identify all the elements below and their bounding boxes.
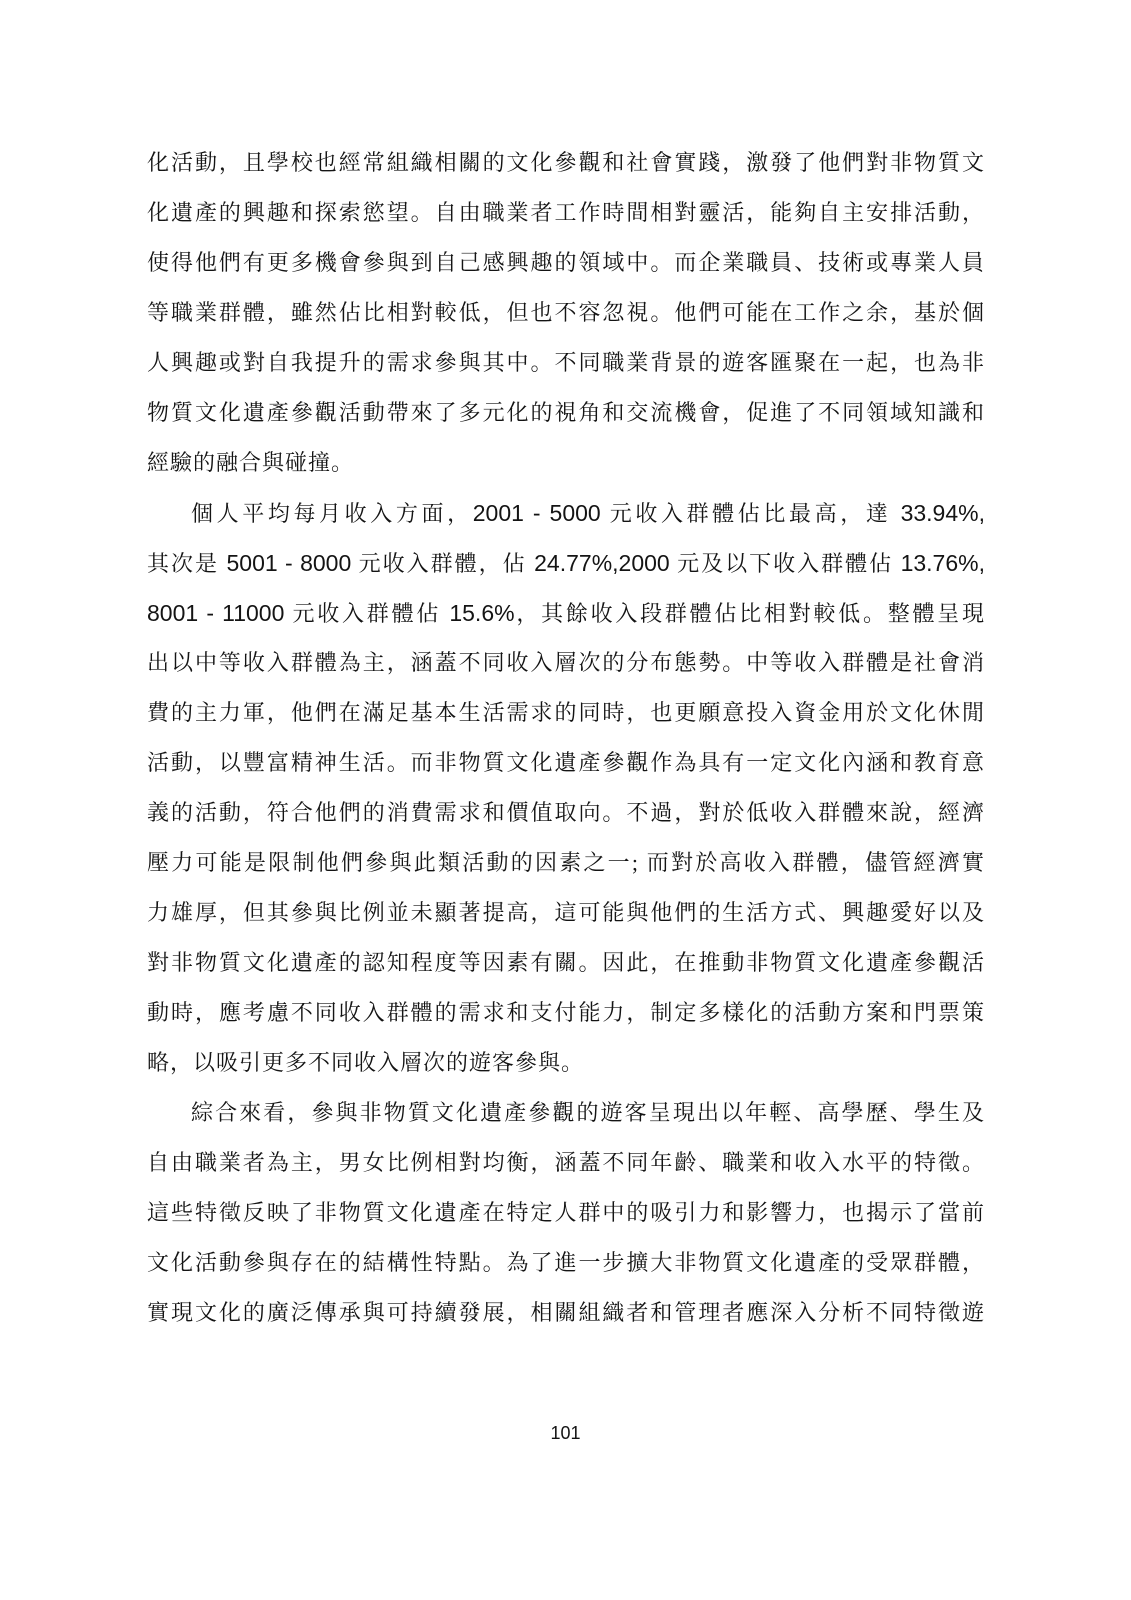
text-line: 出以中等收入群體為主，涵蓋不同收入層次的分布態勢。中等收入群體是社會消: [147, 638, 985, 688]
text-line: 文化活動參與存在的結構性特點。為了進一步擴大非物質文化遺產的受眾群體，: [147, 1238, 985, 1288]
numeric-text: 33.94%,: [901, 500, 985, 526]
paragraph: 化活動，且學校也經常組織相關的文化參觀和社會實踐，激發了他們對非物質文化遺產的興…: [147, 138, 985, 488]
numeric-text: 2001 - 5000: [473, 500, 610, 526]
text-line: 物質文化遺產參觀活動帶來了多元化的視角和交流機會，促進了不同領域知識和: [147, 388, 985, 438]
numeric-text: 2000: [619, 550, 678, 576]
text-line: 8001 - 11000 元收入群體佔 15.6%，其餘收入段群體佔比相對較低。…: [147, 588, 985, 638]
text-line: 壓力可能是限制他們參與此類活動的因素之一; 而對於高收入群體，儘管經濟實: [147, 838, 985, 888]
text-line: 費的主力軍，他們在滿足基本生活需求的同時，也更願意投入資金用於文化休閒: [147, 688, 985, 738]
document-body: 化活動，且學校也經常組織相關的文化參觀和社會實踐，激發了他們對非物質文化遺產的興…: [147, 138, 985, 1338]
document-page: 化活動，且學校也經常組織相關的文化參觀和社會實踐，激發了他們對非物質文化遺產的興…: [0, 0, 1131, 1600]
text-line: 經驗的融合與碰撞。: [147, 438, 985, 488]
paragraph: 綜合來看，參與非物質文化遺產參觀的遊客呈現出以年輕、高學歷、學生及自由職業者為主…: [147, 1088, 985, 1338]
text-line: 實現文化的廣泛傳承與可持續發展，相關組織者和管理者應深入分析不同特徵遊: [147, 1288, 985, 1338]
numeric-text: 8001 - 11000: [147, 600, 293, 626]
page-number: 101: [0, 1418, 1131, 1448]
text-line: 化活動，且學校也經常組織相關的文化參觀和社會實踐，激發了他們對非物質文: [147, 138, 985, 188]
text-line: 對非物質文化遺產的認知程度等因素有關。因此，在推動非物質文化遺產參觀活: [147, 938, 985, 988]
text-line: 這些特徵反映了非物質文化遺產在特定人群中的吸引力和影響力，也揭示了當前: [147, 1188, 985, 1238]
numeric-text: 13.76%,: [901, 550, 985, 576]
text-line: 義的活動，符合他們的消費需求和價值取向。不過，對於低收入群體來說，經濟: [147, 788, 985, 838]
text-line: 個人平均每月收入方面，2001 - 5000 元收入群體佔比最高，達 33.94…: [147, 488, 985, 538]
text-line: 人興趣或對自我提升的需求參與其中。不同職業背景的遊客匯聚在一起，也為非: [147, 338, 985, 388]
text-line: 其次是 5001 - 8000 元收入群體，佔 24.77%,2000 元及以下…: [147, 538, 985, 588]
text-line: 等職業群體，雖然佔比相對較低，但也不容忽視。他們可能在工作之余，基於個: [147, 288, 985, 338]
text-line: 化遺產的興趣和探索慾望。自由職業者工作時間相對靈活，能夠自主安排活動，: [147, 188, 985, 238]
text-line: 力雄厚，但其參與比例並未顯著提高，這可能與他們的生活方式、興趣愛好以及: [147, 888, 985, 938]
numeric-text: 24.77%,: [534, 550, 618, 576]
numeric-text: 15.6%: [449, 600, 514, 626]
paragraph: 個人平均每月收入方面，2001 - 5000 元收入群體佔比最高，達 33.94…: [147, 488, 985, 1088]
text-line: 動時，應考慮不同收入群體的需求和支付能力，制定多樣化的活動方案和門票策: [147, 988, 985, 1038]
text-line: 綜合來看，參與非物質文化遺產參觀的遊客呈現出以年輕、高學歷、學生及: [147, 1088, 985, 1138]
text-line: 活動，以豐富精神生活。而非物質文化遺產參觀作為具有一定文化內涵和教育意: [147, 738, 985, 788]
text-line: 自由職業者為主，男女比例相對均衡，涵蓋不同年齡、職業和收入水平的特徵。: [147, 1138, 985, 1188]
numeric-text: 5001 - 8000: [227, 550, 359, 576]
text-line: 略，以吸引更多不同收入層次的遊客參與。: [147, 1038, 985, 1088]
text-line: 使得他們有更多機會參與到自己感興趣的領域中。而企業職員、技術或專業人員: [147, 238, 985, 288]
